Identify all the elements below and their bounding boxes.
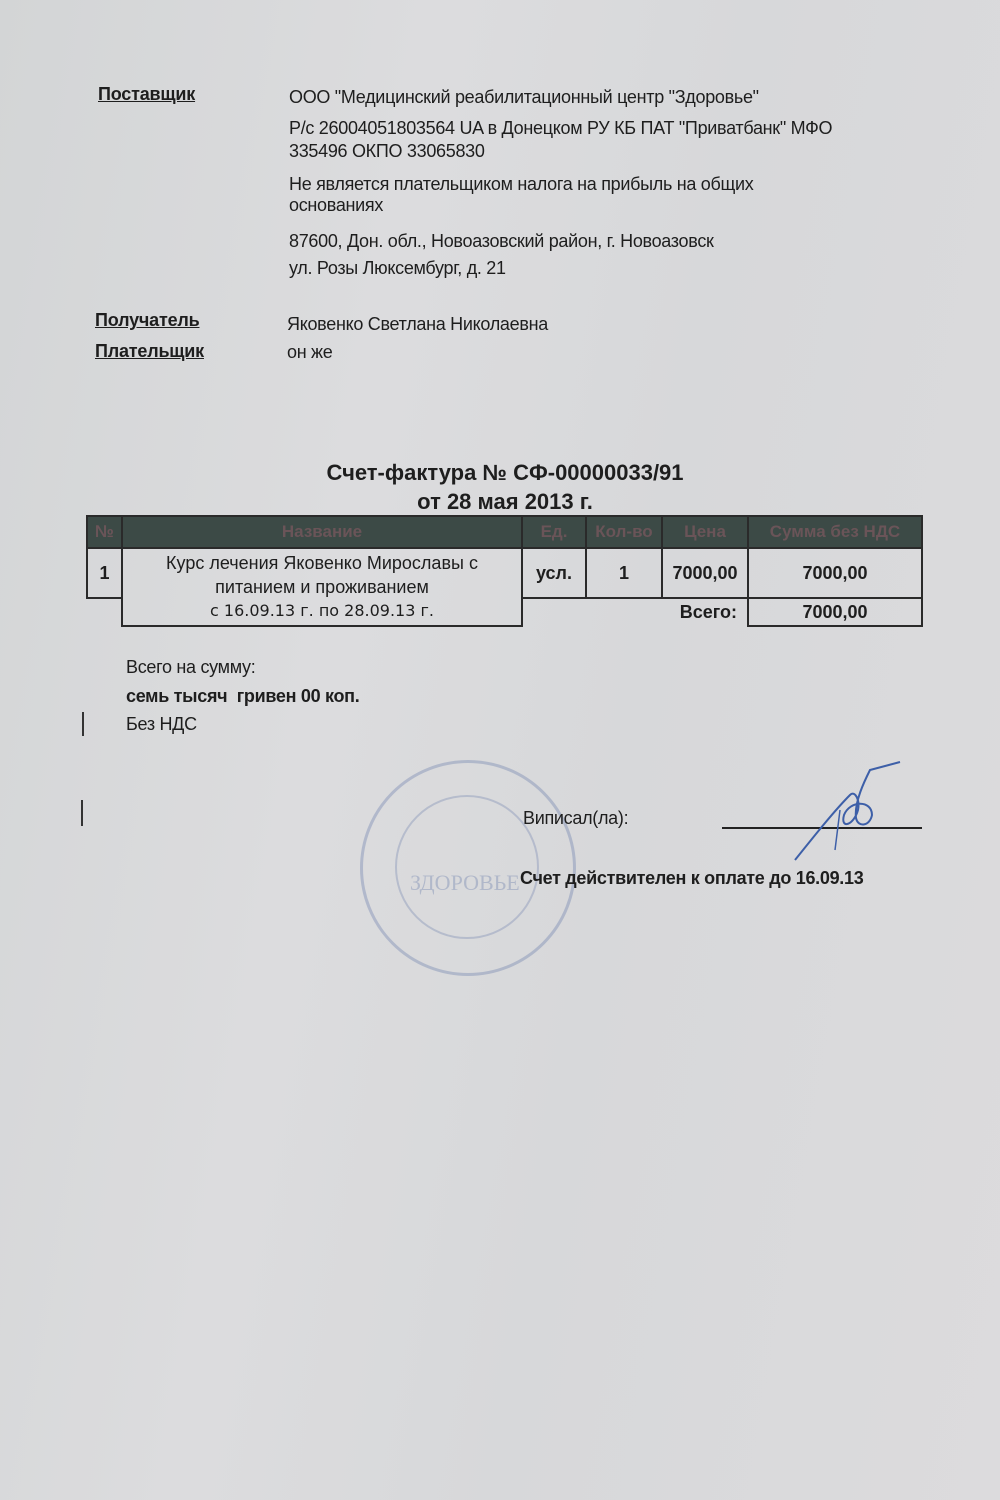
invoice-date: от 28 мая 2013 г. [0,489,1000,515]
row-period: с 16.09.13 г. по 28.09.13 г. [123,599,521,623]
row-price: 7000,00 [662,548,748,598]
supplier-name: ООО "Медицинский реабилитационный центр … [289,87,759,108]
margin-mark [82,712,84,736]
signature-label: Виписал(ла): [523,808,628,829]
table-header-row: № Название Ед. Кол-во Цена Сумма без НДС [87,516,922,548]
supplier-address-line1: 87600, Дон. обл., Новоазовский район, г.… [289,231,714,252]
row-unit: усл. [522,548,586,598]
row-name-line1: Курс лечения Яковенко Мирославы с [123,551,521,575]
signature-icon [780,760,930,870]
summary-label: Всего на сумму: [126,657,255,678]
row-sum: 7000,00 [748,548,922,598]
header-qty: Кол-во [586,516,662,548]
margin-mark [81,800,83,826]
header-sum: Сумма без НДС [748,516,922,548]
amount-in-words: семь тысяч гривен 00 коп. [126,686,359,707]
supplier-tax-line1: Не является плательщиком налога на прибы… [289,174,753,195]
total-value: 7000,00 [748,598,922,626]
header-unit: Ед. [522,516,586,548]
supplier-label: Поставщик [98,84,195,105]
supplier-tax-line2: основаниях [289,195,383,216]
vat-note: Без НДС [126,714,197,735]
table-row: 1 Курс лечения Яковенко Мирославы с пита… [87,548,922,598]
header-num: № [87,516,122,548]
invoice-title: Счет-фактура № СФ-00000033/91 [0,460,1000,486]
invoice-table: № Название Ед. Кол-во Цена Сумма без НДС… [86,515,923,627]
recipient-value: Яковенко Светлана Николаевна [287,314,548,335]
supplier-address-line2: ул. Розы Люксембург, д. 21 [289,258,506,279]
row-qty: 1 [586,548,662,598]
row-num: 1 [87,548,122,598]
header-price: Цена [662,516,748,548]
payer-label: Плательщик [95,341,204,362]
header-name: Название [122,516,522,548]
supplier-bank-line1: Р/с 26004051803564 UA в Донецком РУ КБ П… [289,118,832,139]
payer-value: он же [287,342,333,363]
stamp-inner-ring [395,795,539,939]
supplier-bank-line2: 335496 ОКПО 33065830 [289,141,485,162]
row-name: Курс лечения Яковенко Мирославы с питани… [122,548,522,626]
row-name-line2: питанием и проживанием [123,575,521,599]
stamp-text: ЗДОРОВЬЕ [410,870,520,896]
validity-note: Счет действителен к оплате до 16.09.13 [520,868,863,889]
total-label: Всего: [522,598,748,626]
recipient-label: Получатель [95,310,199,331]
